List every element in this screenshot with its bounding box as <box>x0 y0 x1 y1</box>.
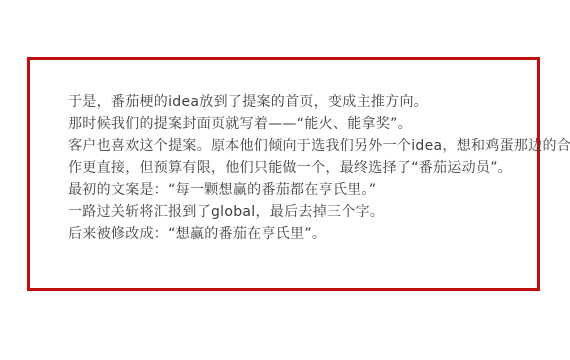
red-border-text-card: 于是，番茄梗的idea放到了提案的首页，变成主推方向。 那时候我们的提案封面页就… <box>27 57 540 291</box>
page-background: 于是，番茄梗的idea放到了提案的首页，变成主推方向。 那时候我们的提案封面页就… <box>0 0 570 360</box>
text-line: 一路过关斩将汇报到了global，最后去掉三个字。 <box>68 201 507 223</box>
text-line: 作更直接，但预算有限，他们只能做一个，最终选择了“番茄运动员”。 <box>68 157 507 179</box>
text-line: 客户也喜欢这个提案。原本他们倾向于选我们另外一个idea，想和鸡蛋那边的合 <box>68 135 507 157</box>
text-line: 最初的文案是：“每一颗想赢的番茄都在亨氏里。” <box>68 179 507 201</box>
text-line: 于是，番茄梗的idea放到了提案的首页，变成主推方向。 <box>68 91 507 113</box>
text-line: 那时候我们的提案封面页就写着——“能火、能拿奖”。 <box>68 113 507 135</box>
text-line: 后来被修改成：“想赢的番茄在亨氏里”。 <box>68 223 507 245</box>
